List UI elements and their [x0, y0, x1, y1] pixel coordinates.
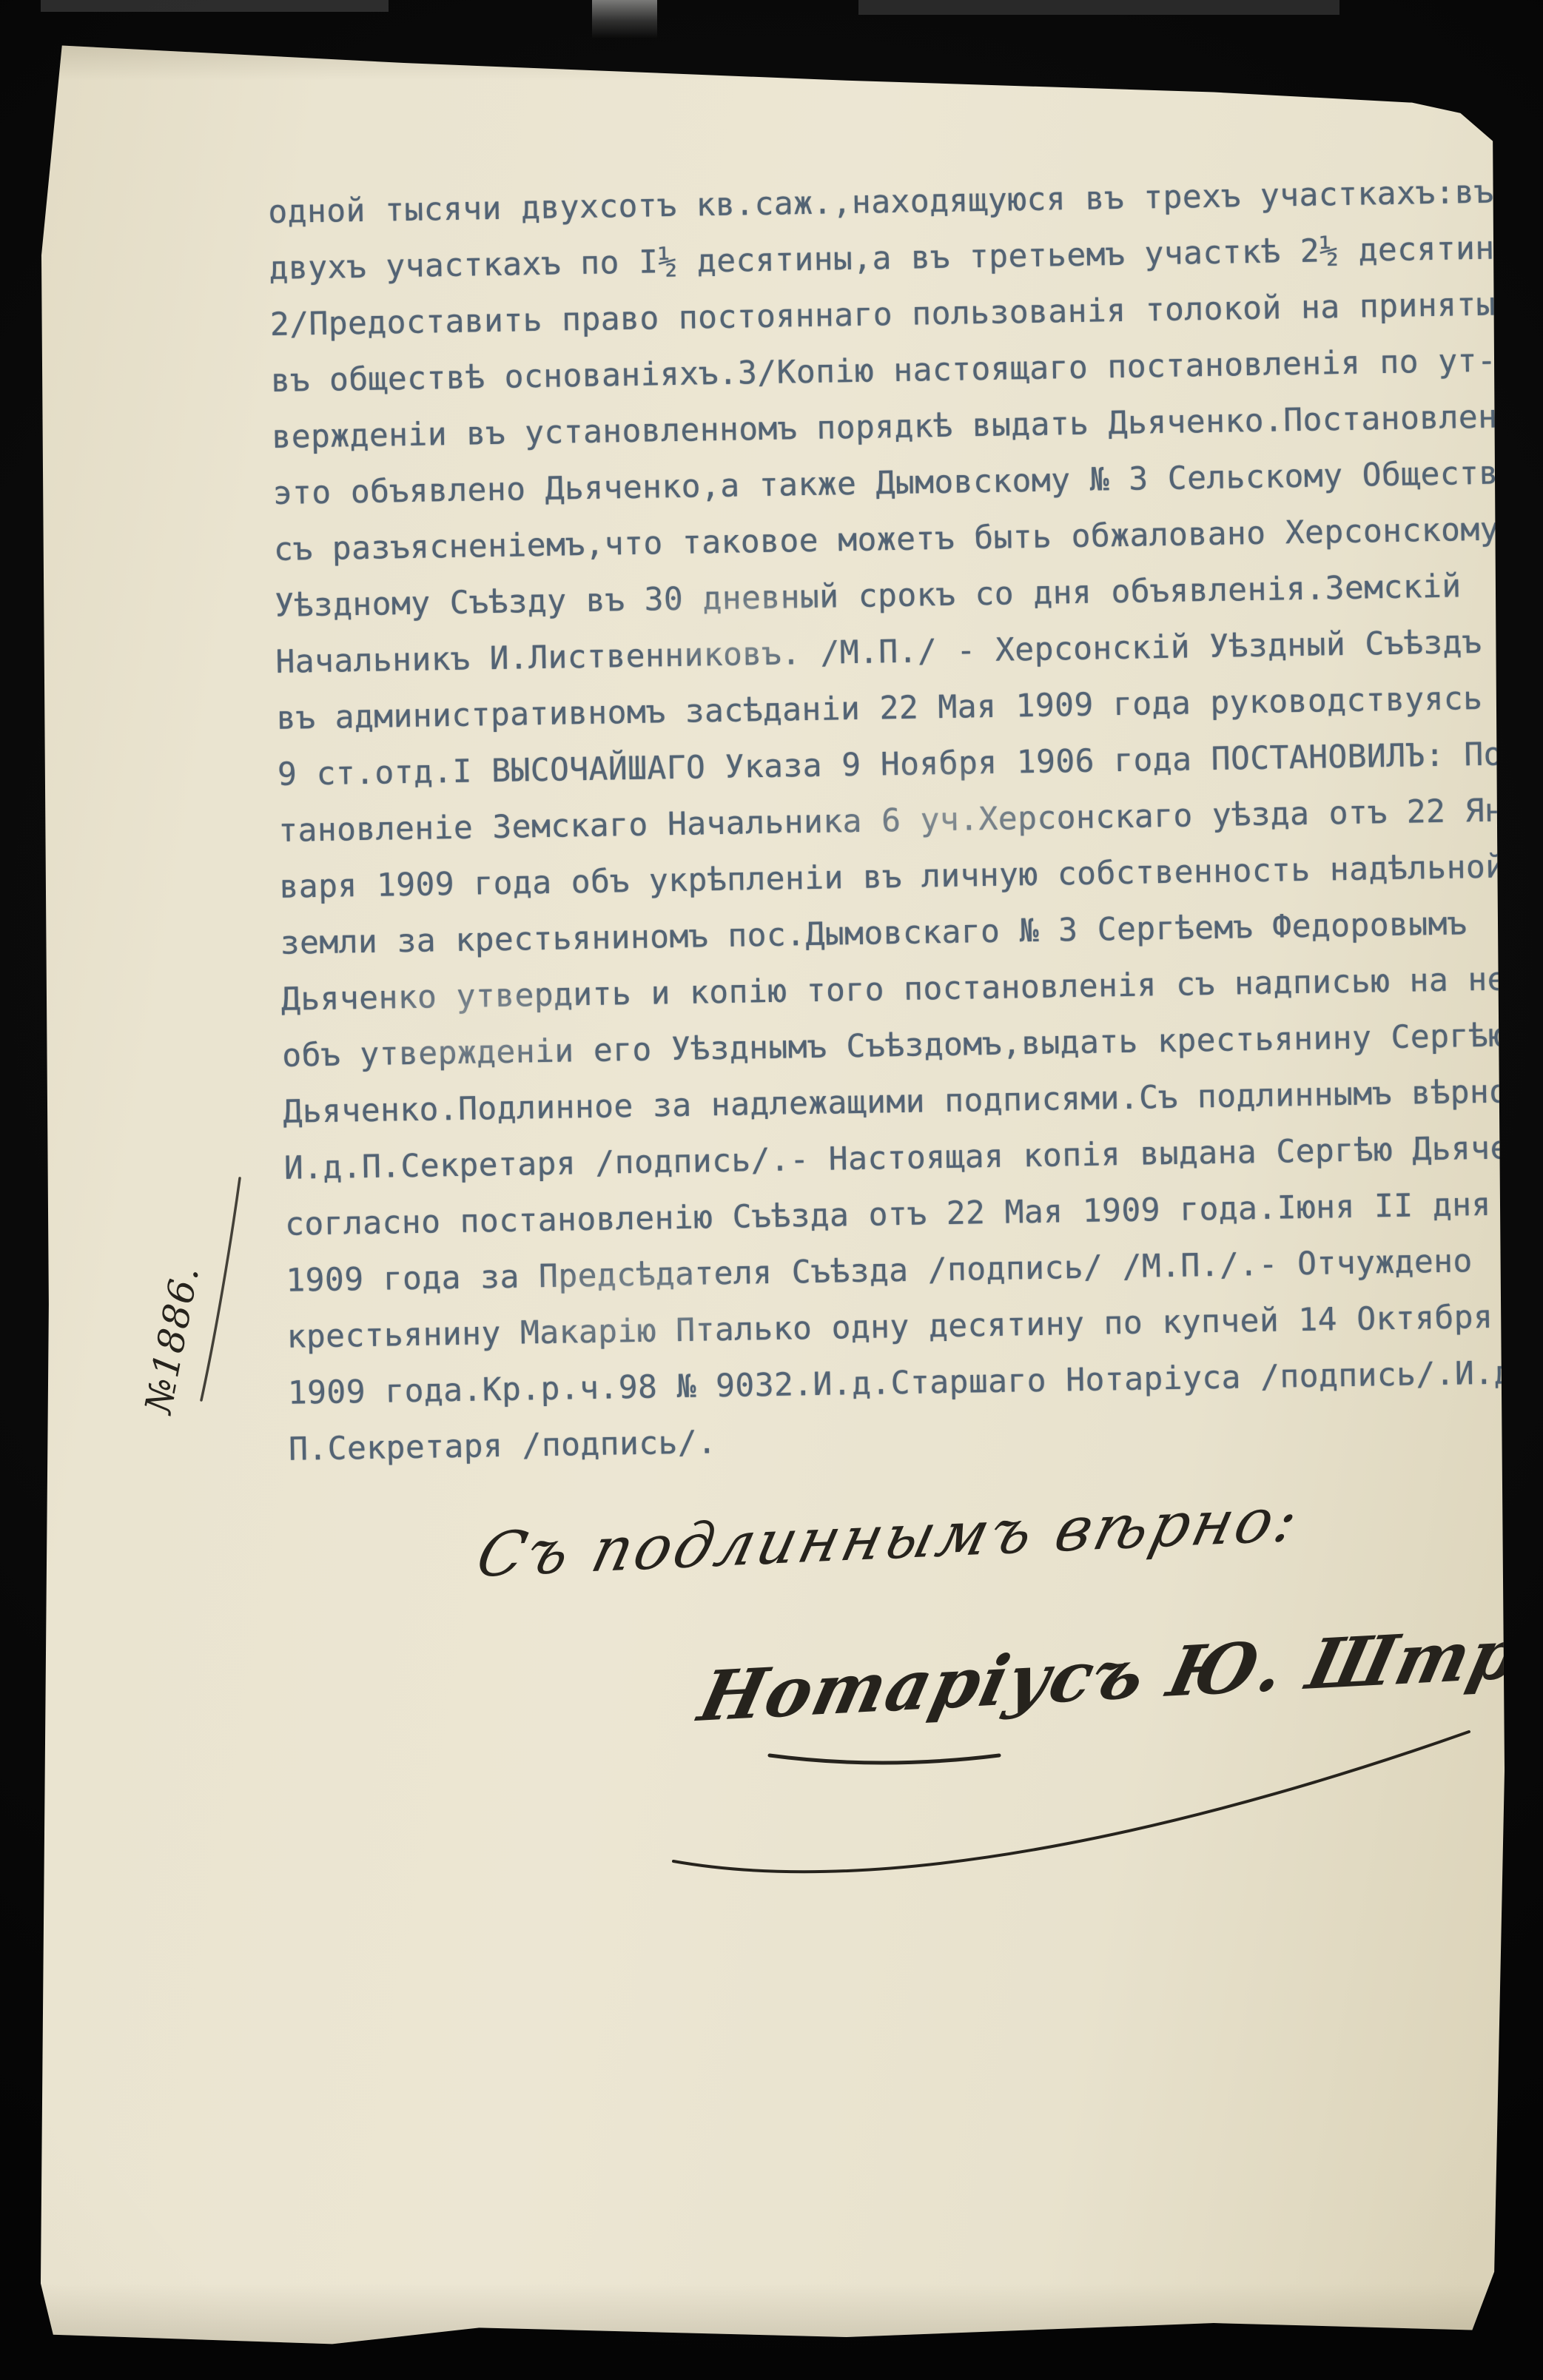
margin-number: №1886.: [136, 1261, 207, 1418]
scanner-artifact-streak: [592, 0, 657, 38]
scanned-photo: одной тысячи двухсотъ кв.саж.,находящуюс…: [0, 0, 1543, 2380]
certification-script: Съ подлиннымъ вѣрно:: [470, 1483, 1308, 1591]
signature-flourish: [673, 1732, 1469, 1872]
handwriting-block: Съ подлиннымъ вѣрно: Нотаріусъ Ю. Штрѣйк…: [385, 1473, 1517, 1902]
scanner-artifact-top-left: [41, 0, 389, 12]
scanner-artifact-top-right: [858, 0, 1339, 15]
margin-annotation: №1886.: [112, 1117, 320, 1458]
typed-text-block: одной тысячи двухсотъ кв.саж.,находящуюс…: [268, 173, 1540, 1487]
signature-underline: [770, 1755, 999, 1763]
signature-script: Нотаріусъ Ю. Штрѣйко: [690, 1602, 1517, 1738]
margin-pen-stroke: [201, 1178, 240, 1400]
paper-sheet: одной тысячи двухсотъ кв.саж.,находящуюс…: [38, 22, 1507, 2353]
